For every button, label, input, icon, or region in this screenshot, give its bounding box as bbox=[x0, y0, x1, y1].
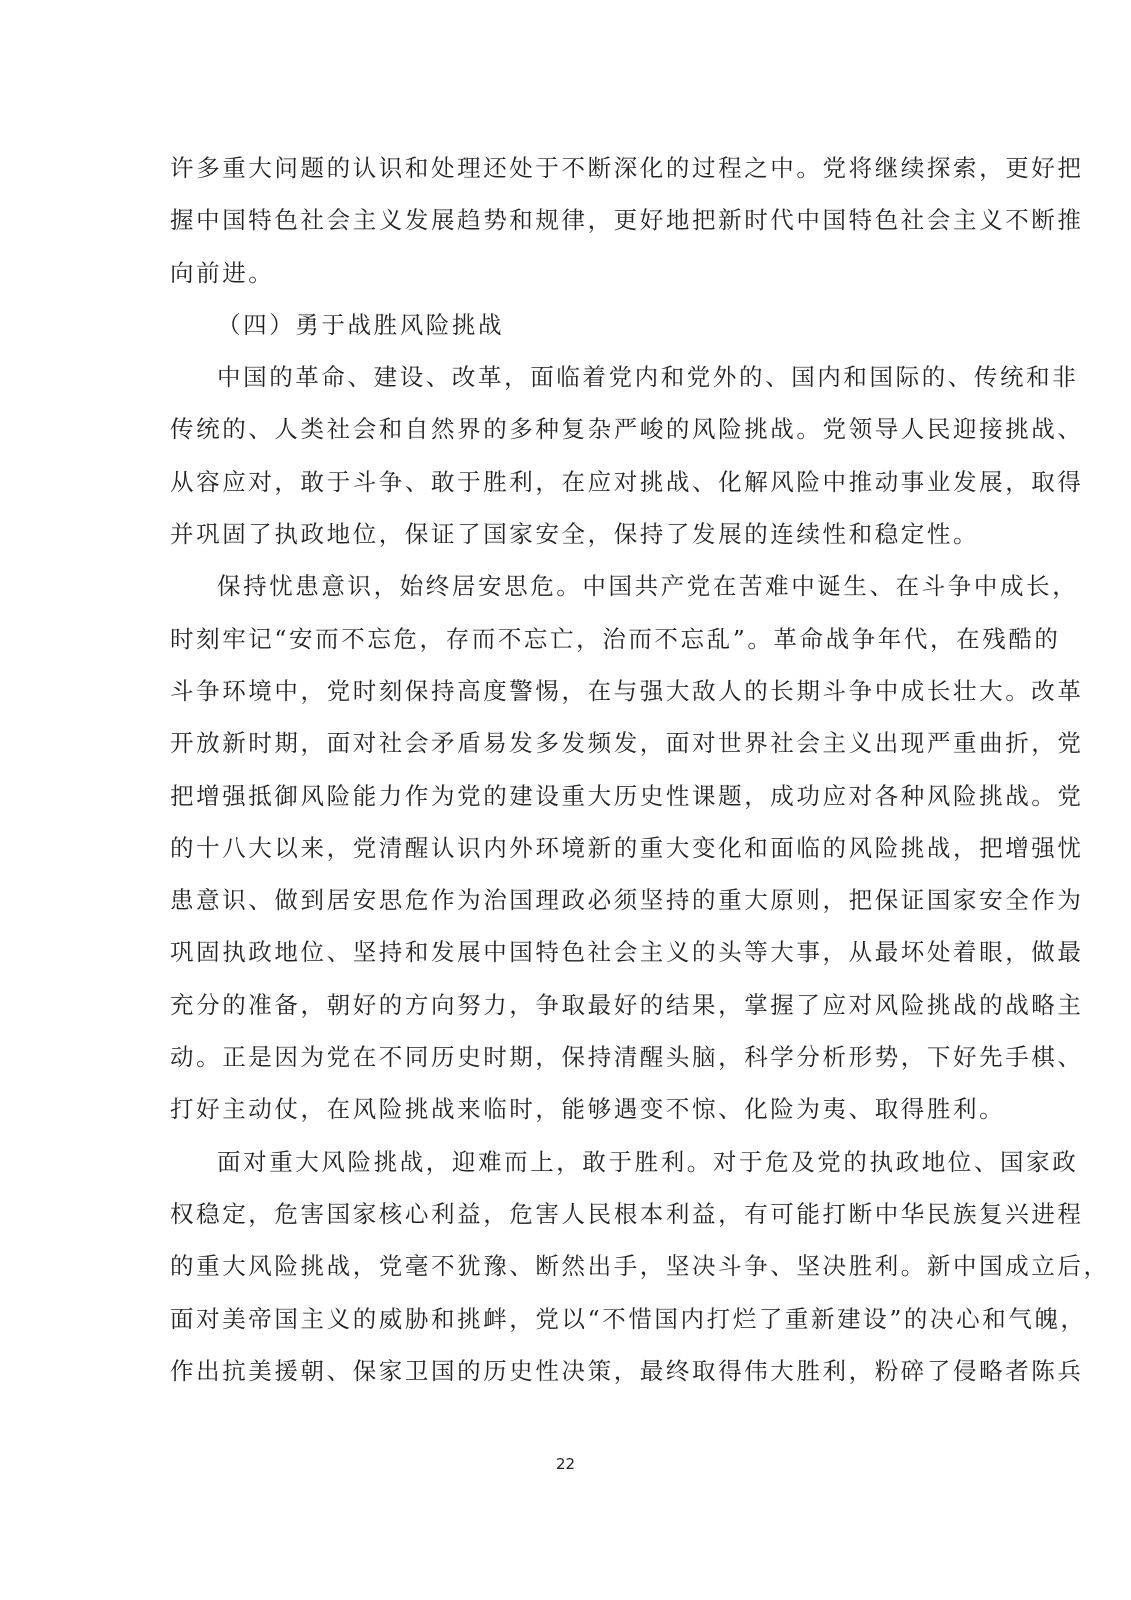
text-line: 握中国特色社会主义发展趋势和规律，更好地把新时代中国特色社会主义不断推 bbox=[170, 200, 960, 252]
document-page-body: 许多重大问题的认识和处理还处于不断深化的过程之中。党将继续探索，更好把 握中国特… bbox=[170, 148, 960, 1403]
text-line: 斗争环境中，党时刻保持高度警惕，在与强大敌人的长期斗争中成长壮大。改革 bbox=[170, 671, 960, 723]
text-line: 开放新时期，面对社会矛盾易发多发频发，面对世界社会主义出现严重曲折，党 bbox=[170, 723, 960, 775]
text-line: 作出抗美援朝、保家卫国的历史性决策，最终取得伟大胜利，粉碎了侵略者陈兵 bbox=[170, 1351, 960, 1403]
text-line: 面对美帝国主义的威胁和挑衅，党以“不惜国内打烂了重新建设”的决心和气魄， bbox=[170, 1299, 960, 1351]
text-line: 从容应对，敢于斗争、敢于胜利，在应对挑战、化解风险中推动事业发展，取得 bbox=[170, 462, 960, 514]
text-line: 时刻牢记“安而不忘危，存而不忘亡，治而不忘乱”。革命战争年代，在残酷的 bbox=[170, 619, 960, 671]
text-line: 把增强抵御风险能力作为党的建设重大历史性课题，成功应对各种风险挑战。党 bbox=[170, 776, 960, 828]
text-line: 中国的革命、建设、改革，面临着党内和党外的、国内和国际的、传统和非 bbox=[170, 357, 960, 409]
section-heading-text: （四）勇于战胜风险挑战 bbox=[170, 305, 960, 357]
text-line: 许多重大问题的认识和处理还处于不断深化的过程之中。党将继续探索，更好把 bbox=[170, 148, 960, 200]
paragraph-continued: 许多重大问题的认识和处理还处于不断深化的过程之中。党将继续探索，更好把 握中国特… bbox=[170, 148, 960, 305]
text-line: 并巩固了执政地位，保证了国家安全，保持了发展的连续性和稳定性。 bbox=[170, 514, 960, 566]
text-line: 向前进。 bbox=[170, 253, 960, 305]
text-line: 面对重大风险挑战，迎难而上，敢于胜利。对于危及党的执政地位、国家政 bbox=[170, 1142, 960, 1194]
section-heading: （四）勇于战胜风险挑战 bbox=[170, 305, 960, 357]
text-line: 患意识、做到居安思危作为治国理政必须坚持的重大原则，把保证国家安全作为 bbox=[170, 880, 960, 932]
text-line: 打好主动仗，在风险挑战来临时，能够遇变不惊、化险为夷、取得胜利。 bbox=[170, 1089, 960, 1141]
page-number: 22 bbox=[0, 1455, 1131, 1473]
text-line: 保持忧患意识，始终居安思危。中国共产党在苦难中诞生、在斗争中成长， bbox=[170, 566, 960, 618]
paragraph: 中国的革命、建设、改革，面临着党内和党外的、国内和国际的、传统和非 传统的、人类… bbox=[170, 357, 960, 566]
paragraph: 面对重大风险挑战，迎难而上，敢于胜利。对于危及党的执政地位、国家政 权稳定，危害… bbox=[170, 1142, 960, 1403]
paragraph: 保持忧患意识，始终居安思危。中国共产党在苦难中诞生、在斗争中成长， 时刻牢记“安… bbox=[170, 566, 960, 1141]
text-line: 巩固执政地位、坚持和发展中国特色社会主义的头等大事，从最坏处着眼，做最 bbox=[170, 932, 960, 984]
text-line: 动。正是因为党在不同历史时期，保持清醒头脑，科学分析形势，下好先手棋、 bbox=[170, 1037, 960, 1089]
text-line: 权稳定，危害国家核心利益，危害人民根本利益，有可能打断中华民族复兴进程 bbox=[170, 1194, 960, 1246]
text-line: 的重大风险挑战，党毫不犹豫、断然出手，坚决斗争、坚决胜利。新中国成立后， bbox=[170, 1246, 960, 1298]
text-line: 的十八大以来，党清醒认识内外环境新的重大变化和面临的风险挑战，把增强忧 bbox=[170, 828, 960, 880]
text-line: 传统的、人类社会和自然界的多种复杂严峻的风险挑战。党领导人民迎接挑战、 bbox=[170, 409, 960, 461]
text-line: 充分的准备，朝好的方向努力，争取最好的结果，掌握了应对风险挑战的战略主 bbox=[170, 985, 960, 1037]
